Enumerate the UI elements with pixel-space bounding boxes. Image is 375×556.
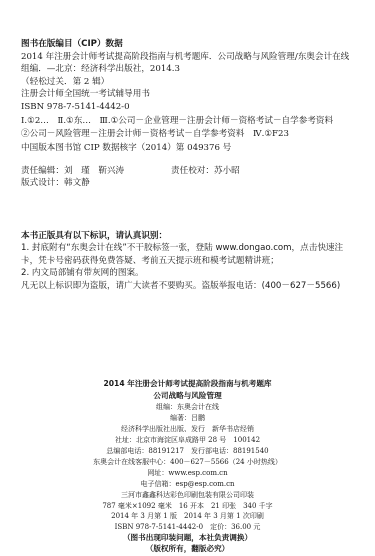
colophon-line: 经济科学出版社出版、发行 新华书店经销 <box>0 424 375 434</box>
proofreader-credit: 责任校对：苏小昭 <box>171 166 240 177</box>
colophon-line: 网址：www.esp.com.cn <box>0 468 375 478</box>
colophon-line: 组编：东奥会计在线 <box>0 402 375 412</box>
colophon-line: 787 毫米×1092 毫米 16 开本 21 印张 340 千字 <box>0 501 375 511</box>
colophon-line: 电子信箱：esp@esp.com.cn <box>0 479 375 489</box>
cip-classification: ②公司－风险管理－注册会计师－资格考试－自学参考资料 Ⅳ.①F23 <box>21 129 289 140</box>
colophon-line: 编著：吕鹏 <box>0 413 375 423</box>
colophon-line: 东奥会计在线客服中心：400－627－5566（24 小时热线） <box>0 457 375 467</box>
cip-number: 中国版本图书馆 CIP 数据核字（2014）第 049376 号 <box>21 143 231 154</box>
colophon-notice: （图书出现印装问题，本社负责调换） <box>0 533 375 543</box>
colophon-line: 2014 年 3 月第 1 版 2014 年 3 月第 1 次印刷 <box>0 511 375 521</box>
colophon-line: 总编部电话：88191217 发行部电话：88191540 <box>0 446 375 456</box>
cip-line: 2014 年注册会计师考试提高阶段指南与机考题库．公司战略与风险管理/东奥会计在… <box>21 52 349 63</box>
colophon-line: 三河市鑫鑫科达彩色印刷包装有限公司印装 <box>0 490 375 500</box>
cip-isbn: ISBN 978-7-5141-4442-0 <box>21 102 130 113</box>
authenticity-line: 1. 封底附有“东奥会计在线”不干胶标签一张，登陆 www.dongao.com… <box>21 243 343 254</box>
cip-line: 注册会计师全国统一考试辅导用书 <box>21 89 150 100</box>
cip-classification: Ⅰ.①2… Ⅱ.①东… Ⅲ.①公司－企业管理－注册会计师－资格考试－自学参考资料 <box>21 116 333 127</box>
cip-line: 组编．—北京：经济科学出版社，2014.3 <box>21 64 180 75</box>
colophon-title: 2014 年注册会计师考试提高阶段指南与机考题库 <box>0 379 375 389</box>
authenticity-line: 2. 内文局部铺有带灰网的图案。 <box>21 268 144 279</box>
authenticity-line: 凡无以上标识即为盗版，请广大读者不要购买。盗版举报电话：(400－627－556… <box>21 281 340 292</box>
colophon-subtitle: 公司战略与风险管理 <box>0 391 375 401</box>
authenticity-heading: 本书正版具有以下标识，请认真识别： <box>21 231 167 242</box>
editor-credit: 责任编辑：刘 瑾 靳兴涛 <box>21 166 124 177</box>
designer-credit: 版式设计：韩文静 <box>21 178 90 189</box>
cip-line: （轻松过关．第 2 辑） <box>21 77 109 88</box>
authenticity-line: 卡，凭卡号密码获得免费答疑、考前五天提示班和模考试题精讲班； <box>21 256 279 267</box>
colophon-line: 社址：北京市海淀区阜成路甲 28 号 100142 <box>0 435 375 445</box>
colophon-line: ISBN 978-7-5141-4442-0 定价：36.00 元 <box>0 522 375 532</box>
colophon-notice: （版权所有，翻版必究） <box>0 544 375 554</box>
cip-heading: 图书在版编目（CIP）数据 <box>21 39 123 50</box>
